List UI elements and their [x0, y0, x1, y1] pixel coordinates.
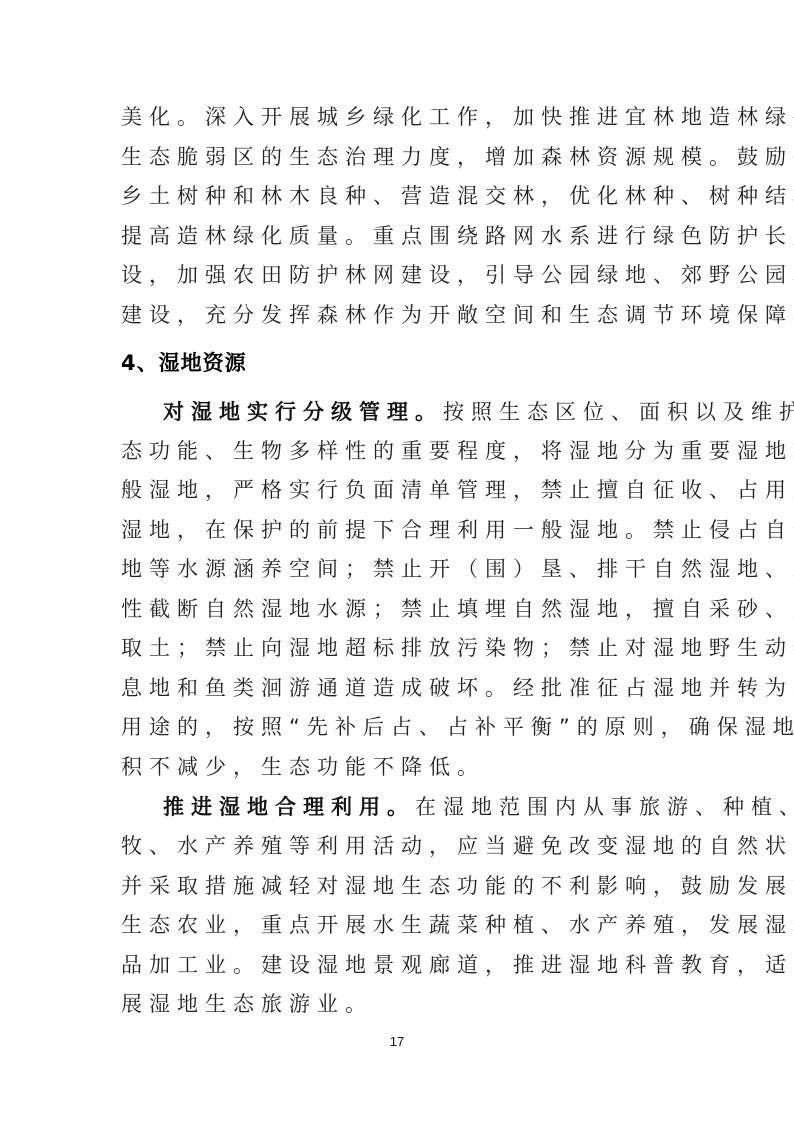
document-page: 美化。深入开展城乡绿化工作，加快推进宜林地造林绿化与 生态脆弱区的生态治理力度，… [0, 0, 794, 1122]
text-line-first: 对湿地实行分级管理。按照生态区位、面积以及维护生 [163, 397, 794, 427]
text-run: 在湿地范围内从事旅游、种植、畜 [415, 795, 794, 819]
lead-phrase: 推进湿地合理利用。 [163, 794, 415, 819]
section-heading: 4、湿地资源 [121, 348, 247, 378]
text-line: 设，加强农田防护林网建设，引导公园绿地、郊野公园林地 [121, 260, 794, 290]
text-line: 般湿地，严格实行负面清单管理，禁止擅自征收、占用重要 [121, 475, 794, 505]
text-line: 湿地，在保护的前提下合理利用一般湿地。禁止侵占自然湿 [121, 515, 794, 545]
text-line: 积不减少，生态功能不降低。 [121, 752, 485, 782]
text-line: 展湿地生态旅游业。 [121, 989, 373, 1019]
lead-phrase: 对湿地实行分级管理。 [163, 399, 443, 424]
text-line: 美化。深入开展城乡绿化工作，加快推进宜林地造林绿化与 [121, 102, 794, 132]
text-line-first: 推进湿地合理利用。在湿地范围内从事旅游、种植、畜 [163, 792, 794, 822]
text-line: 并采取措施减轻对湿地生态功能的不利影响，鼓励发展湿地 [121, 871, 794, 901]
text-run: 按照生态区位、面积以及维护生 [443, 400, 794, 424]
text-line: 性截断自然湿地水源；禁止填埋自然湿地，擅自采砂、采矿、 [121, 594, 794, 624]
text-line: 息地和鱼类洄游通道造成破坏。经批准征占湿地并转为其他 [121, 673, 794, 703]
text-line: 生态脆弱区的生态治理力度，增加森林资源规模。鼓励使用 [121, 142, 794, 172]
text-line: 建设，充分发挥森林作为开敞空间和生态调节环境保障功能。 [121, 300, 794, 330]
text-line: 态功能、生物多样性的重要程度，将湿地分为重要湿地和一 [121, 436, 794, 466]
text-line: 取土；禁止向湿地超标排放污染物；禁止对湿地野生动物栖 [121, 633, 794, 663]
text-line: 地等水源涵养空间；禁止开（围）垦、排干自然湿地、永久 [121, 554, 794, 584]
text-line: 生态农业，重点开展水生蔬菜种植、水产养殖，发展湿地产 [121, 910, 794, 940]
text-line: 牧、水产养殖等利用活动，应当避免改变湿地的自然状况， [121, 831, 794, 861]
text-line: 乡土树种和林木良种、营造混交林，优化林种、树种结构， [121, 181, 794, 211]
page-number: 17 [0, 1034, 794, 1049]
text-line: 品加工业。建设湿地景观廊道，推进湿地科普教育，适当发 [121, 950, 794, 980]
text-line: 提高造林绿化质量。重点围绕路网水系进行绿色防护长廊建 [121, 221, 794, 251]
text-line: 用途的，按照“先补后占、占补平衡”的原则，确保湿地面 [121, 712, 794, 742]
